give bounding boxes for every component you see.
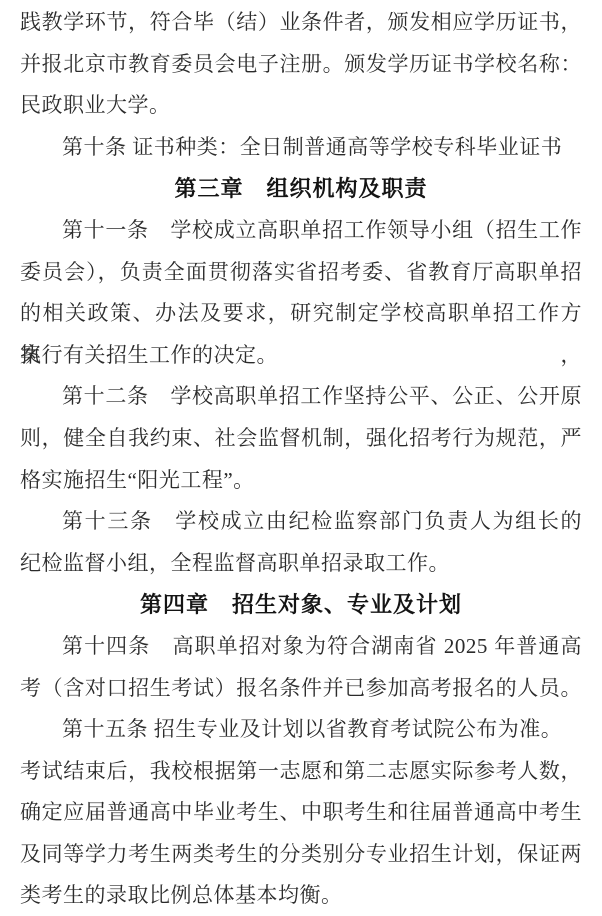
text-line: 考试结束后，我校根据第一志愿和第二志愿实际参考人数， [0,751,602,793]
text-line: 的相关政策、办法及要求，研究制定学校高职单招工作方案， [0,293,602,335]
text-line: 践教学环节，符合毕（结）业条件者，颁发相应学历证书， [0,2,602,44]
chapter-heading: 第三章 组织机构及职责 [0,168,602,210]
text-line: 确定应届普通高中毕业考生、中职考生和往届普通高中考生 [0,792,602,834]
text-line: 第十一条 学校成立高职单招工作领导小组（招生工作 [0,210,602,252]
text-line: 民政职业大学。 [0,85,602,127]
text-line: 第十条 证书种类：全日制普通高等学校专科毕业证书 [0,127,602,169]
text-line: 第十五条 招生专业及计划以省教育考试院公布为准。 [0,709,602,751]
text-line: 纪检监督小组，全程监督高职单招录取工作。 [0,543,602,585]
chapter-heading: 第四章 招生对象、专业及计划 [0,584,602,626]
text-line: 格实施招生“阳光工程”。 [0,460,602,502]
text-line: 考（含对口招生考试）报名条件并已参加高考报名的人员。 [0,668,602,710]
text-line: 及同等学力考生两类考生的分类别分专业招生计划，保证两 [0,834,602,876]
text-line: 类考生的录取比例总体基本均衡。 [0,875,602,916]
text-line: 委员会），负责全面贯彻落实省招考委、省教育厅高职单招 [0,252,602,294]
text-line: 第十四条 高职单招对象为符合湖南省 2025 年普通高 [0,626,602,668]
text-line: 并报北京市教育委员会电子注册。颁发学历证书学校名称： [0,44,602,86]
text-line: 则，健全自我约束、社会监督机制，强化招考行为规范，严 [0,418,602,460]
document-page: 践教学环节，符合毕（结）业条件者，颁发相应学历证书， 并报北京市教育委员会电子注… [0,0,602,916]
text-line: 第十三条 学校成立由纪检监察部门负责人为组长的 [0,501,602,543]
text-line: 第十二条 学校高职单招工作坚持公平、公正、公开原 [0,376,602,418]
